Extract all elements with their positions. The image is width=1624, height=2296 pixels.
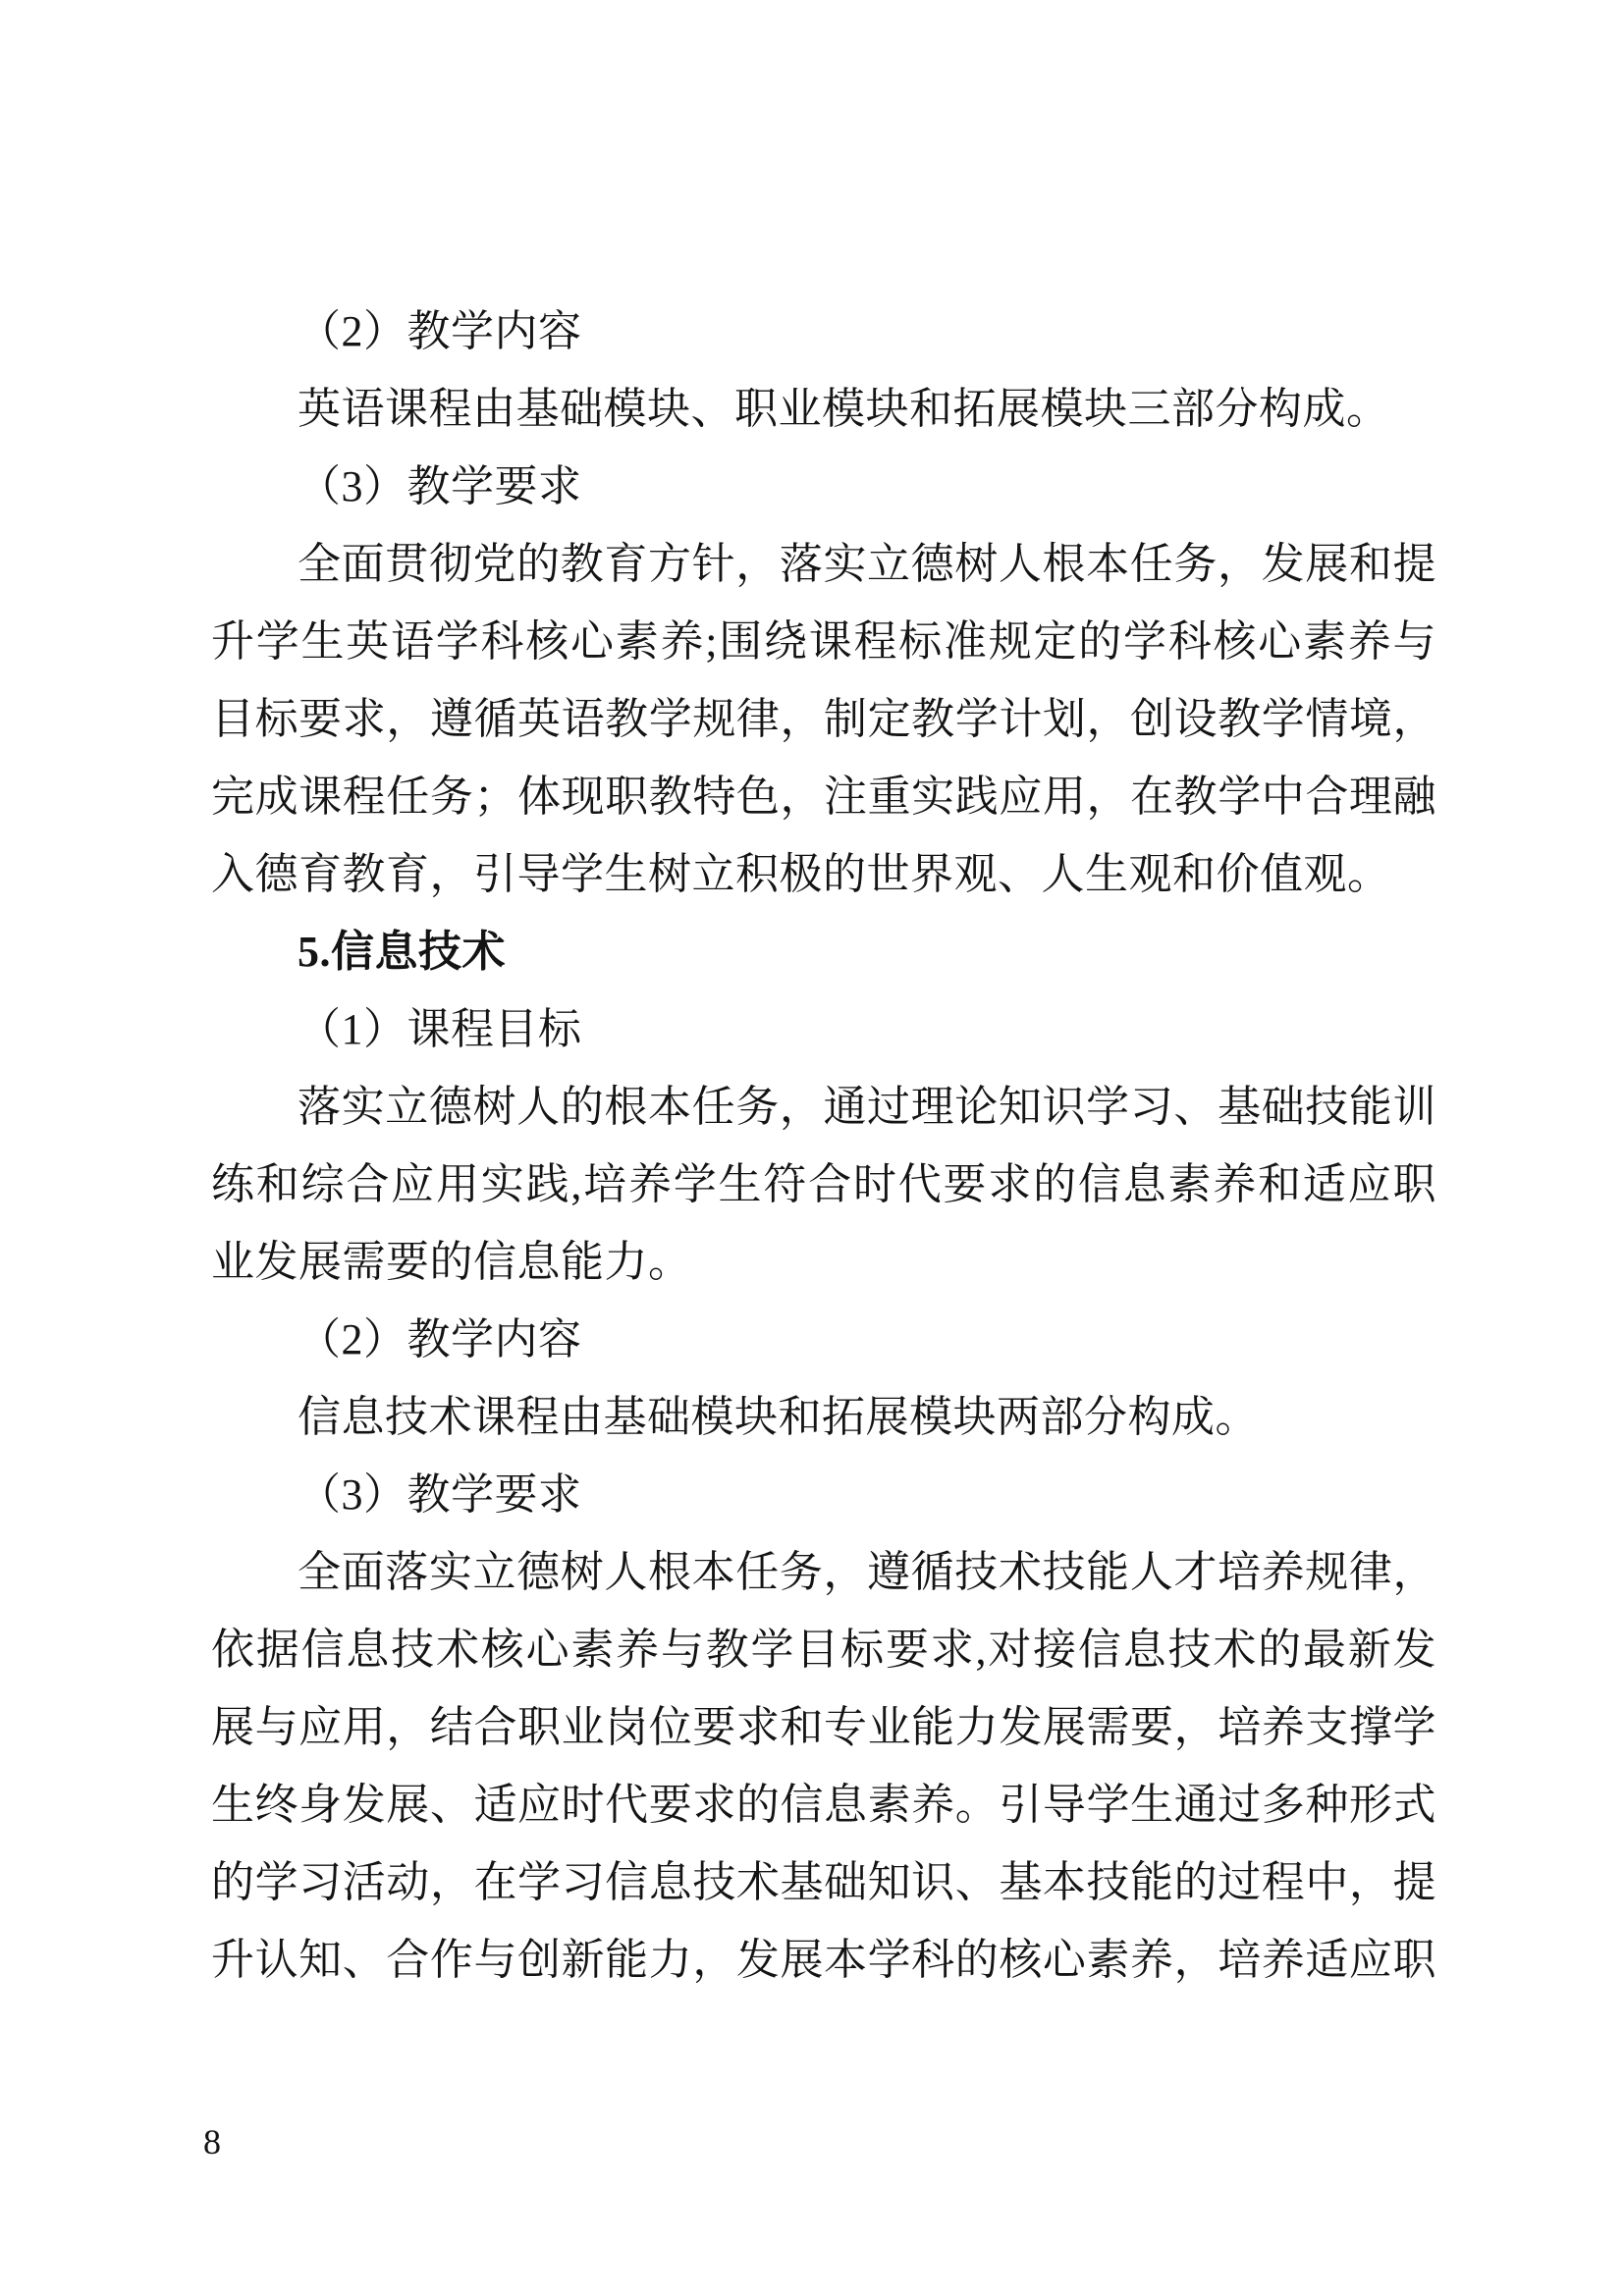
text-line-11: 落实立德树人的根本任务，通过理论知识学习、基础技能训 [211,1068,1436,1146]
text-line-22: 升认知、合作与创新能力，发展本学科的核心素养，培养适应职 [211,1921,1436,1999]
text-line-10: （1）课程目标 [211,990,1436,1068]
text-line-18: 依据信息技术核心素养与教学目标要求,对接信息技术的最新发 [211,1611,1436,1688]
text-line-19: 展与应用，结合职业岗位要求和专业能力发展需要，培养支撑学 [211,1688,1436,1766]
document-page: （2）教学内容英语课程由基础模块、职业模块和拓展模块三部分构成。（3）教学要求全… [0,0,1624,2296]
text-line-2: 英语课程由基础模块、职业模块和拓展模块三部分构成。 [211,370,1436,448]
text-line-7: 完成课程任务；体现职教特色，注重实践应用，在教学中合理融 [211,758,1436,835]
text-line-8: 入德育教育，引导学生树立积极的世界观、人生观和价值观。 [211,835,1436,913]
page-number: 8 [203,2120,221,2163]
text-line-4: 全面贯彻党的教育方针，落实立德树人根本任务，发展和提 [211,525,1436,603]
text-line-17: 全面落实立德树人根本任务，遵循技术技能人才培养规律， [211,1533,1436,1611]
text-line-15: 信息技术课程由基础模块和拓展模块两部分构成。 [211,1378,1436,1456]
text-line-3: （3）教学要求 [211,448,1436,525]
text-line-21: 的学习活动，在学习信息技术基础知识、基本技能的过程中，提 [211,1843,1436,1921]
text-line-13: 业发展需要的信息能力。 [211,1223,1436,1301]
text-line-14: （2）教学内容 [211,1301,1436,1378]
text-line-5: 升学生英语学科核心素养;围绕课程标准规定的学科核心素养与 [211,603,1436,680]
text-line-1: （2）教学内容 [211,293,1436,370]
document-body: （2）教学内容英语课程由基础模块、职业模块和拓展模块三部分构成。（3）教学要求全… [211,293,1436,1999]
text-line-9: 5.信息技术 [211,913,1436,990]
text-line-6: 目标要求，遵循英语教学规律，制定教学计划，创设教学情境， [211,680,1436,758]
text-line-20: 生终身发展、适应时代要求的信息素养。引导学生通过多种形式 [211,1766,1436,1843]
text-line-12: 练和综合应用实践,培养学生符合时代要求的信息素养和适应职 [211,1146,1436,1223]
text-line-16: （3）教学要求 [211,1456,1436,1533]
